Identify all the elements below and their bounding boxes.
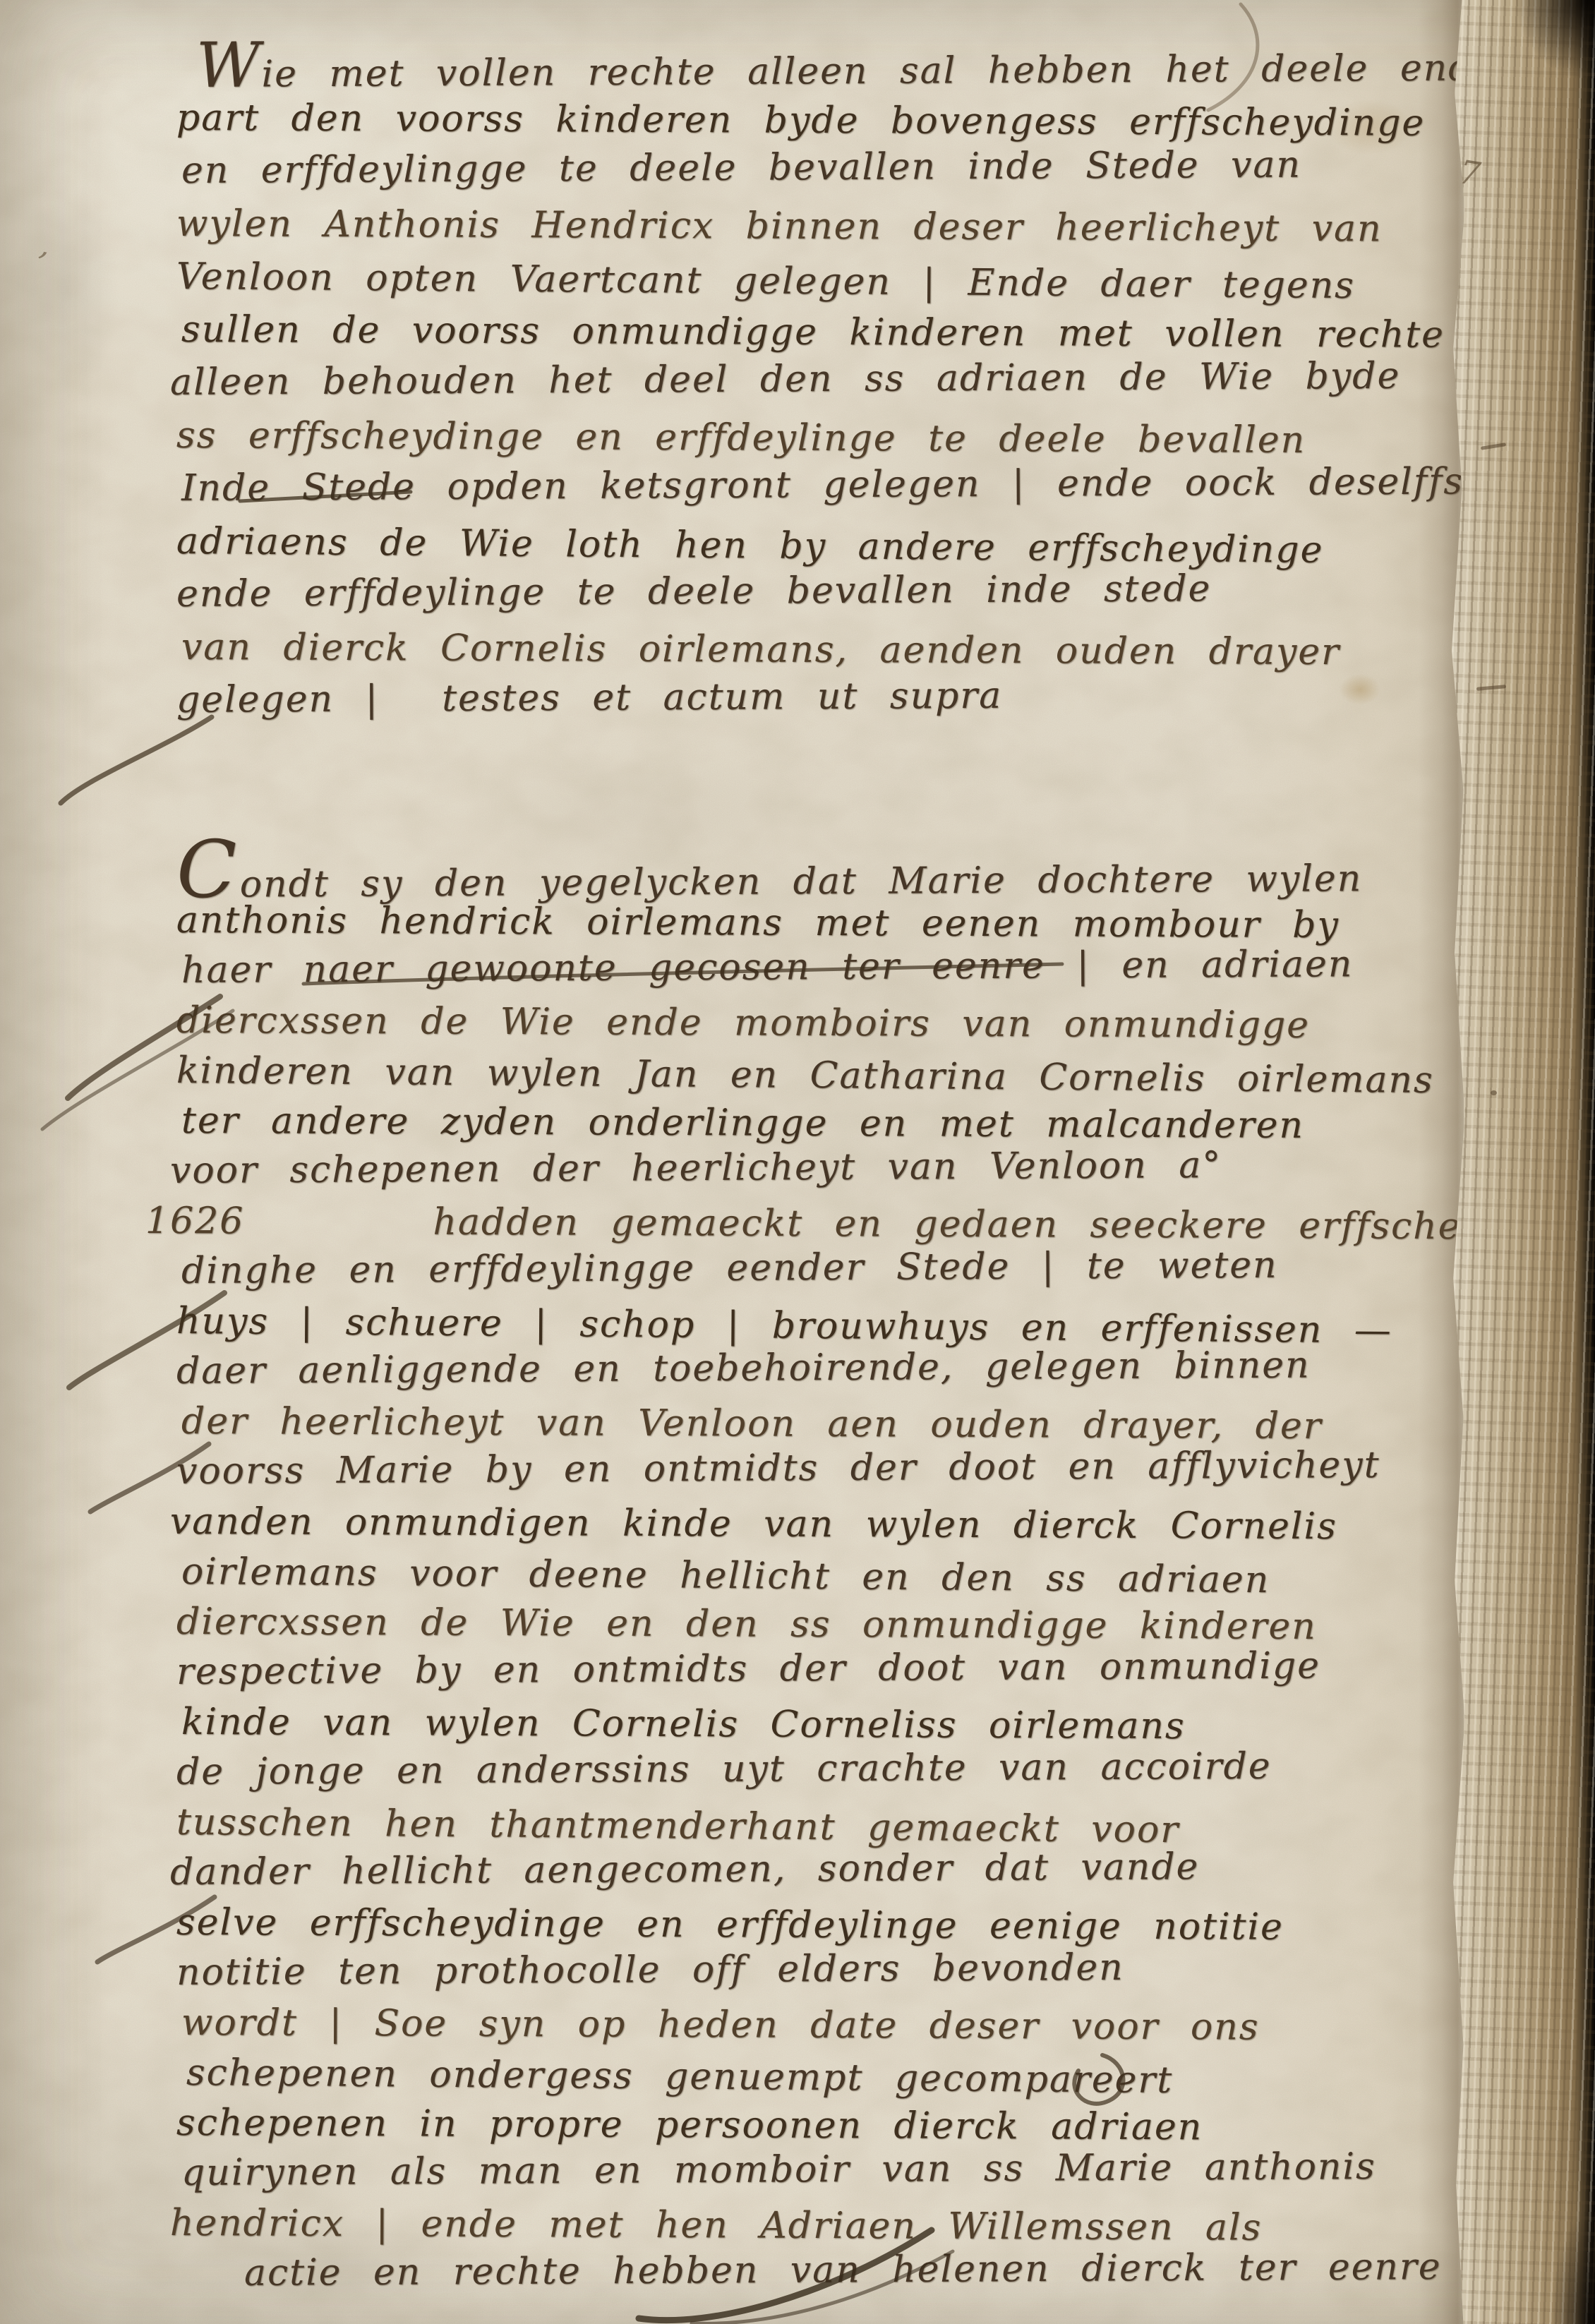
manuscript-line: de jonge en anderssins uyt crachte van a… (176, 1740, 1516, 1798)
manuscript-line: alleen behouden het deel den ss adriaen … (170, 349, 1497, 409)
manuscript-page: Wie met vollen rechte alleen sal hebben … (0, 0, 1595, 2324)
manuscript-line: dander hellicht aengecomen, sonder dat v… (170, 1841, 1516, 1898)
paper-stain (14, 183, 120, 395)
manuscript-line: quirynen als man en momboir van ss Marie… (181, 2141, 1516, 2198)
manuscript-line: haer naer gewoonte gecosen ter eenre | e… (181, 939, 1516, 996)
manuscript-line: actie en rechte hebben van helenen dierc… (244, 2242, 1516, 2299)
manuscript-line: notitie ten prothocolle off elders bevon… (176, 1941, 1516, 1998)
manuscript-line: ende erffdeylinge te deele bevallen inde… (176, 561, 1497, 621)
manuscript-line: diercxssen de Wie ende momboirs van onmu… (176, 996, 1516, 1052)
manuscript-line: wordt | Soe syn op heden date deser voor… (181, 1998, 1516, 2054)
paragraph-1: Wie met vollen rechte alleen sal hebben … (176, 39, 1496, 727)
manuscript-line: Wie met vollen rechte alleen sal hebben … (196, 32, 1497, 92)
manuscript-line: Condt sy den yegelycken dat Marie dochte… (176, 838, 1516, 896)
manuscript-line: respective by en ontmidts der doot van o… (176, 1640, 1516, 1697)
book-fore-edge (1450, 0, 1595, 2324)
manuscript-line: voorss Marie by en ontmidts der doot en … (176, 1440, 1516, 1497)
manuscript-line: Inde Stede opden ketsgront gelegen | end… (181, 455, 1497, 515)
manuscript-line: gelegen | testes et actum ut supra (176, 667, 1497, 727)
manuscript-line: en erffdeylingge te deele bevallen inde … (181, 138, 1497, 198)
manuscript-line: dinghe en erffdeylingge eender Stede | t… (181, 1239, 1516, 1296)
paragraph-2: Condt sy den yegelycken dat Marie dochte… (176, 845, 1515, 2299)
manuscript-line: voor schepenen der heerlicheyt van Venlo… (170, 1139, 1516, 1196)
margin-dot-mark (1491, 1090, 1497, 1095)
manuscript-line: daer aenliggende en toebehoirende, geleg… (176, 1339, 1516, 1397)
pen-flourish (61, 717, 212, 803)
margin-pen-mark: , (37, 227, 55, 264)
manuscript-line: wylen Anthonis Hendricx binnen deser hee… (176, 198, 1496, 256)
manuscript-line: vanden onmundigen kinde van wylen dierck… (170, 1497, 1516, 1553)
